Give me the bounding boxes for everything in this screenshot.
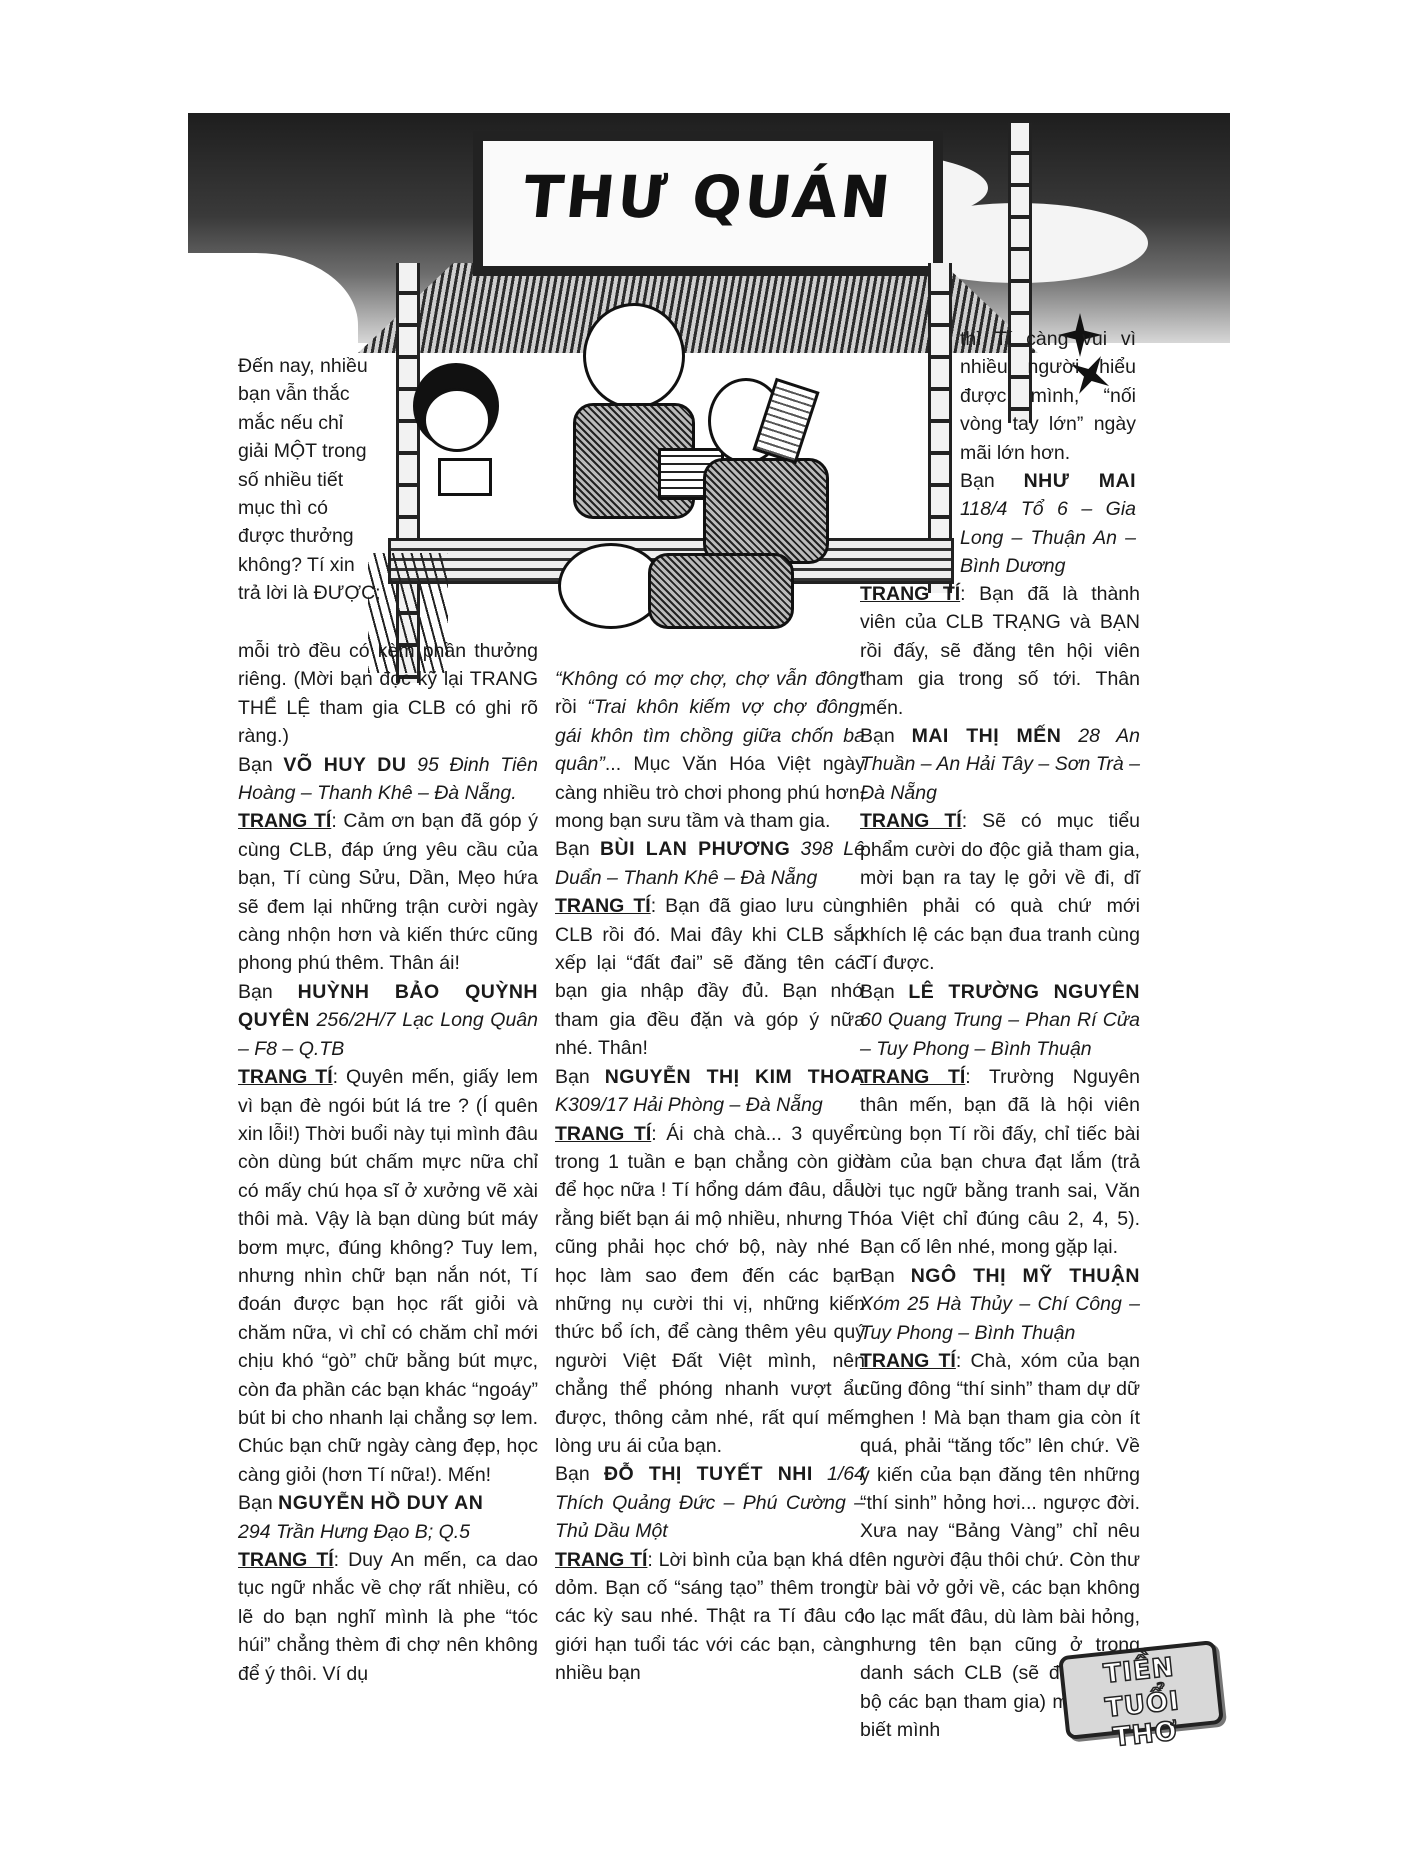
reply-continued: “Không có mợ chợ, chợ vẫn đông” rồi “Tra… (555, 665, 865, 835)
reply: TRANG TÍ: Duy An mến, ca dao tục ngữ nhắ… (238, 1546, 538, 1688)
letter-entry: Bạn BÙI LAN PHƯƠNG 398 Lê Duẩn – Thanh K… (555, 835, 865, 892)
intro-line: Đến nay, nhiều (238, 352, 528, 380)
reply-text: Bạn đã giao lưu cùng CLB rồi đó. Mai đây… (555, 895, 865, 1059)
reader-address: K309/17 Hải Phòng – Đà Nẵng (555, 1094, 823, 1116)
letter-entry: Bạn NHƯ MAI 118/4 Tổ 6 – Gia Long – Thuậ… (960, 467, 1136, 581)
column-1: mỗi trò đều có kèm phần thưởng riêng. (M… (238, 637, 538, 1688)
reader-address: 118/4 Tổ 6 – Gia Long – Thuận An – Bình … (960, 498, 1136, 577)
reply-label: TRANG TÍ (860, 583, 960, 605)
reply: TRANG TÍ: Bạn đã là thành viên của CLB T… (860, 580, 1140, 722)
reader-name: NGUYỄN THỊ KIM THOA (605, 1066, 865, 1088)
letter-entry: Bạn ĐỖ THỊ TUYẾT NHI 1/64 Thích Quảng Đứ… (555, 1460, 865, 1545)
reader-name: ĐỖ THỊ TUYẾT NHI (604, 1463, 813, 1485)
boy-character-face (583, 303, 685, 409)
bald-boy-body (703, 458, 829, 564)
reply: TRANG TÍ: Ái chà chà... 3 quyển trong 1 … (555, 1120, 865, 1461)
reply-text: Quyên mến, giấy lem vì bạn đè ngói bút l… (238, 1066, 538, 1486)
reader-address: Xóm 25 Hà Thủy – Chí Công – Tuy Phong – … (860, 1293, 1140, 1343)
reply: TRANG TÍ: Trường Nguyên thân mến, bạn đã… (860, 1063, 1140, 1262)
reply-label: TRANG TÍ (555, 1123, 651, 1145)
letter-entry: Bạn LÊ TRƯỜNG NGUYÊN 60 Quang Trung – Ph… (860, 978, 1140, 1063)
reply-label: TRANG TÍ (860, 810, 962, 832)
reply-label: TRANG TÍ (238, 810, 331, 832)
reply: TRANG TÍ: Quyên mến, giấy lem vì bạn đè … (238, 1063, 538, 1489)
column-2: “Không có mợ chợ, chợ vẫn đông” rồi “Tra… (555, 665, 865, 1688)
intro-line: bạn vẫn thắc (238, 380, 528, 408)
sleeping-boy-body (648, 553, 794, 629)
intro-line: giải MỘT trong (238, 437, 528, 465)
intro-line: trả lời là ĐƯỢC; (238, 579, 528, 607)
intro-line: không? Tí xin (238, 551, 528, 579)
column-3: TRANG TÍ: Bạn đã là thành viên của CLB T… (860, 580, 1140, 1745)
column-3-top: thì Tí càng vui vì nhiều người hiểu được… (960, 325, 1136, 581)
reader-address: 294 Trần Hưng Đạo B; Q.5 (238, 1521, 470, 1543)
shop-sign: THƯ QUÁN (473, 131, 943, 276)
reply-continued: thì Tí càng vui vì nhiều người hiểu được… (960, 325, 1136, 467)
reader-name: NGUYỄN HỒ DUY AN (278, 1492, 483, 1514)
reply-label: TRANG TÍ (555, 1549, 647, 1571)
reader-name: LÊ TRƯỜNG NGUYÊN (908, 981, 1140, 1003)
sign-title: THƯ QUÁN (479, 163, 936, 231)
letter-entry: Bạn HUỲNH BẢO QUỲNH QUYÊN 256/2H/7 Lạc L… (238, 978, 538, 1063)
reply-label: TRANG TÍ (238, 1549, 334, 1571)
letter-entry: Bạn NGUYỄN HỒ DUY AN 294 Trần Hưng Đạo B… (238, 1489, 538, 1546)
magazine-page: THƯ QUÁN Đến nay, nhiều bạn vẫn thắc mắc… (0, 0, 1404, 1872)
intro-line: được thưởng (238, 522, 528, 550)
reader-name: BÙI LAN PHƯƠNG (600, 838, 790, 860)
reader-name: VÕ HUY DU (283, 754, 406, 776)
letter-entry: Bạn NGUYỄN THỊ KIM THOA K309/17 Hải Phòn… (555, 1063, 865, 1120)
reader-name: NGÔ THỊ MỸ THUẬN (911, 1265, 1140, 1287)
reply-label: TRANG TÍ (860, 1066, 965, 1088)
intro-line: số nhiều tiết (238, 466, 528, 494)
reply-text: Ái chà chà... 3 quyển trong 1 tuần e bạn… (555, 1123, 865, 1457)
reply-label: TRANG TÍ (238, 1066, 333, 1088)
reply-text: Sẽ có mục tiểu phẩm cười do độc giả tham… (860, 810, 1140, 974)
reply-text: Trường Nguyên thân mến, bạn đã là hội vi… (860, 1066, 1140, 1258)
reader-name: MAI THỊ MẾN (912, 725, 1062, 747)
reader-name: NHƯ MAI (1024, 470, 1136, 492)
letter-entry: Bạn MAI THỊ MẾN 28 An Thuần – An Hải Tây… (860, 722, 1140, 807)
reply-label: TRANG TÍ (860, 1350, 956, 1372)
reply: TRANG TÍ: Bạn đã giao lưu cùng CLB rồi đ… (555, 892, 865, 1062)
letter-entry: Bạn NGÔ THỊ MỸ THUẬN Xóm 25 Hà Thủy – Ch… (860, 1262, 1140, 1347)
intro-block: Đến nay, nhiều bạn vẫn thắc mắc nếu chỉ … (238, 352, 528, 608)
reply-label: TRANG TÍ (555, 895, 651, 917)
reply: TRANG TÍ: Cảm ơn bạn đã góp ý cùng CLB, … (238, 807, 538, 977)
letter-entry: Bạn VÕ HUY DU 95 Đinh Tiên Hoàng – Thanh… (238, 751, 538, 808)
intro-continued: mỗi trò đều có kèm phần thưởng riêng. (M… (238, 637, 538, 751)
reply: TRANG TÍ: Lời bình của bạn khá dí dỏm. B… (555, 1546, 865, 1688)
intro-line: mắc nếu chỉ (238, 409, 528, 437)
tien-tuoi-tho-logo: TIỀN TUỔI THƠ (1058, 1640, 1224, 1740)
logo-line-2: TUỔI THƠ (1072, 1683, 1216, 1757)
reply-text: Cảm ơn bạn đã góp ý cùng CLB, đáp ứng yê… (238, 810, 538, 974)
intro-line: mục thì có (238, 494, 528, 522)
reply: TRANG TÍ: Sẽ có mục tiểu phẩm cười do độ… (860, 807, 1140, 977)
reader-address: 60 Quang Trung – Phan Rí Cửa – Tuy Phong… (860, 1009, 1140, 1059)
